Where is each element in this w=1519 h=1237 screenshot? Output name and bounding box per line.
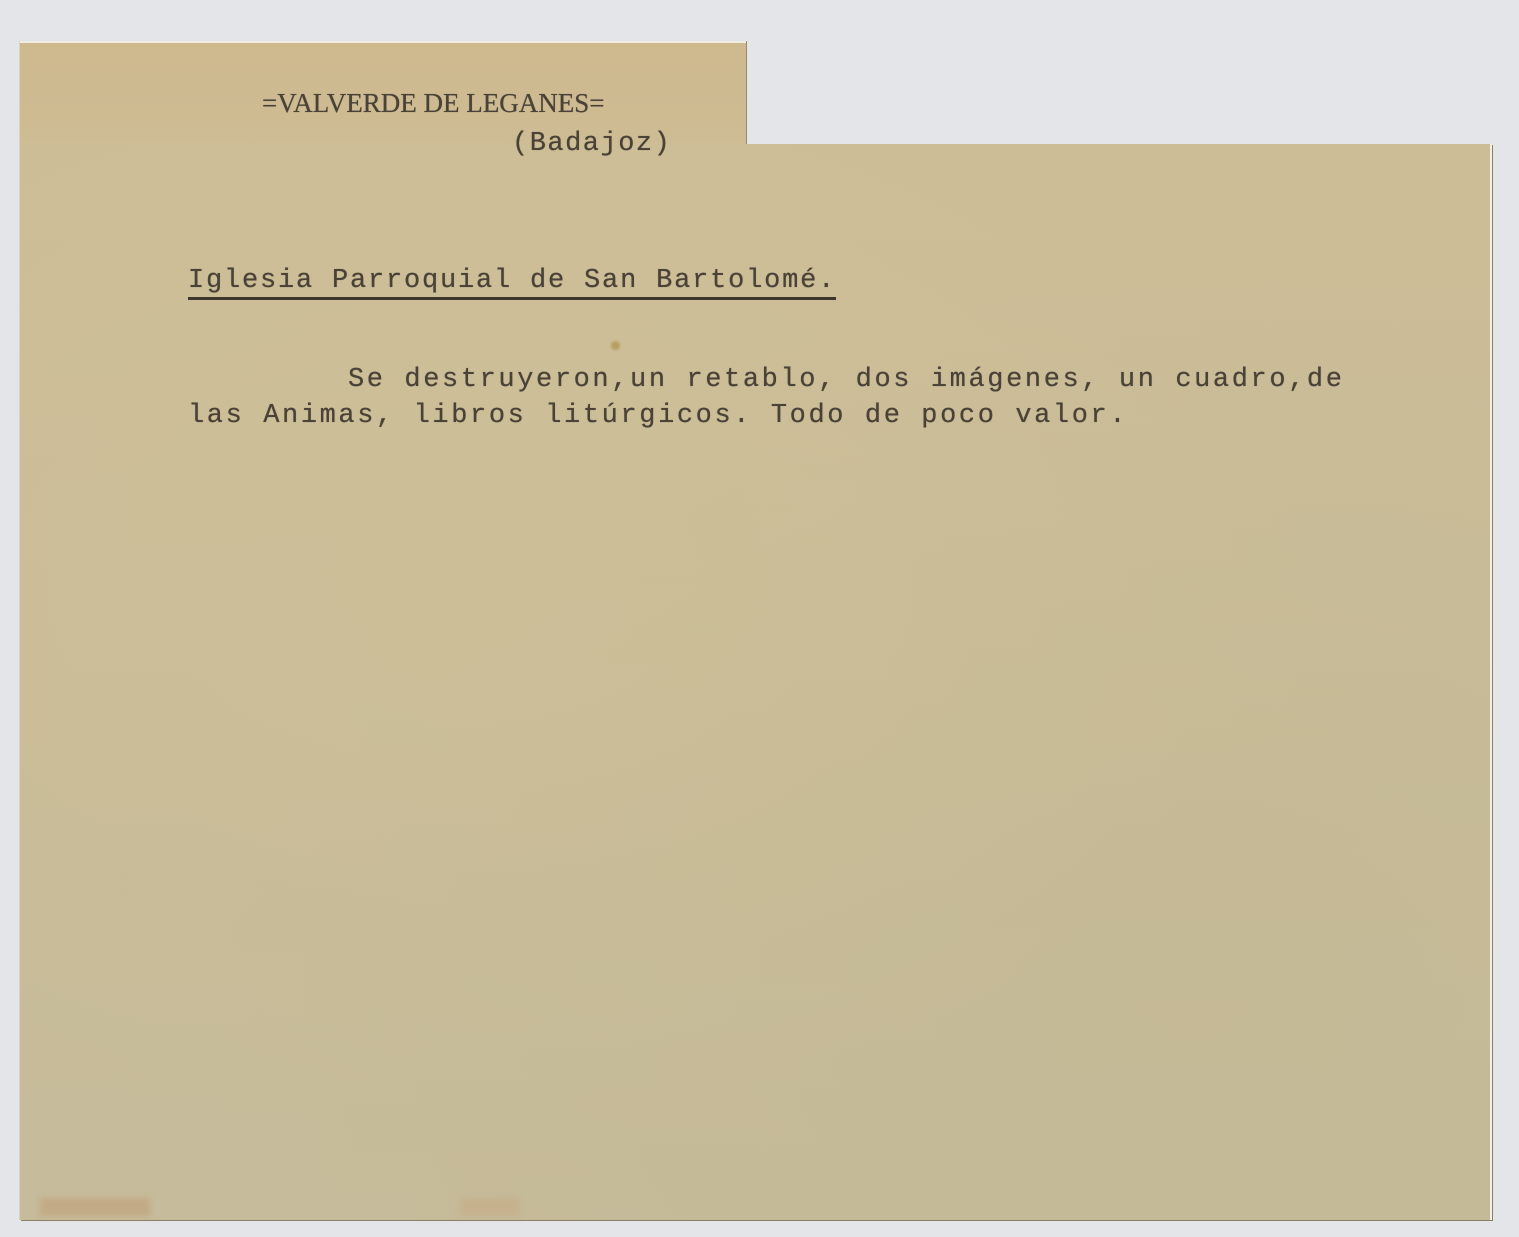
paper-stain [40,1198,150,1216]
archive-index-card: =VALVERDE DE LEGANES= (Badajoz) Iglesia … [0,0,1519,1237]
ink-spot [611,341,620,350]
province-label: (Badajoz) [512,131,671,158]
church-heading: Iglesia Parroquial de San Bartolomé. [188,268,836,300]
paper-stain [460,1198,520,1216]
card-body [20,144,1492,1220]
body-text-line: las Animas, libros litúrgicos. Todo de p… [188,403,1128,430]
locality-title: =VALVERDE DE LEGANES= [262,90,604,117]
body-text-line: Se destruyeron,un retablo, dos imágenes,… [348,367,1345,394]
